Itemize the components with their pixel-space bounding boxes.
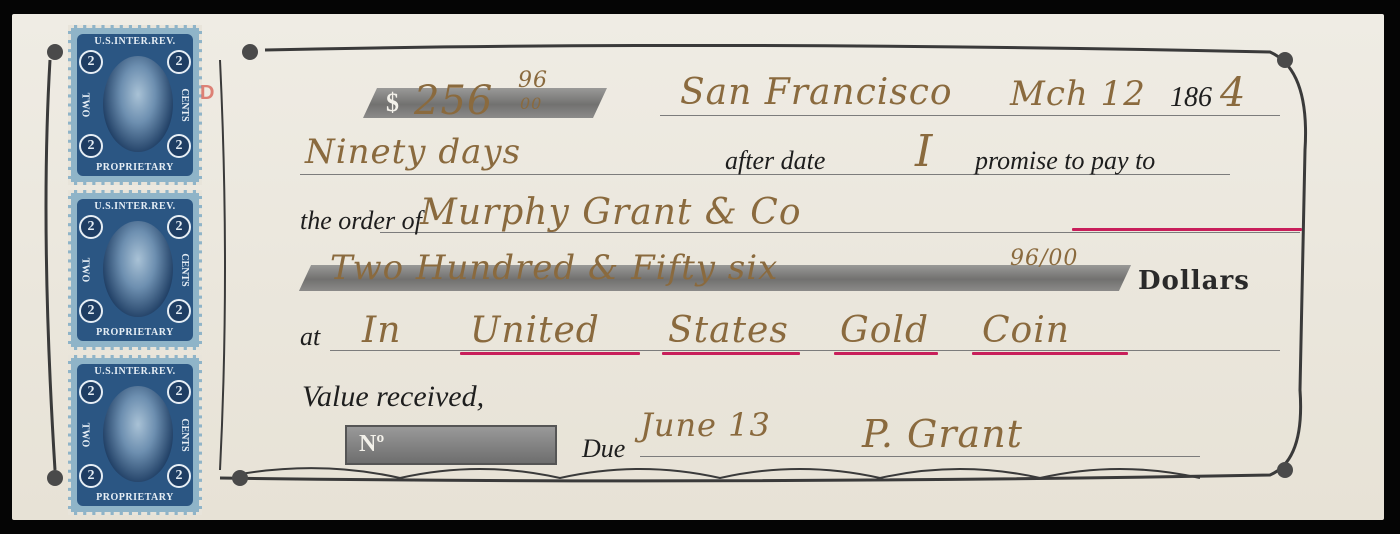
stamp-denomination: 2 (79, 464, 103, 488)
printed-after-date: after date (725, 146, 825, 176)
amount-written-cents: 96/00 (1010, 246, 1078, 271)
stamp-side-text: TWO (80, 93, 91, 117)
stamp-bottom-text: PROPRIETARY (77, 162, 193, 173)
stamp-denomination: 2 (79, 215, 103, 239)
payment-word: Coin (982, 310, 1070, 351)
payment-word: In (362, 310, 401, 351)
red-underline (972, 352, 1128, 355)
amount-numeric: 256 (414, 78, 493, 124)
printed-order-of: the order of (300, 206, 422, 236)
stamp-top-text: U.S.INTER.REV. (77, 201, 193, 212)
payee: Murphy Grant & Co (420, 192, 802, 233)
due-date: June 13 (640, 406, 771, 444)
stamp-side-text: CENTS (179, 253, 190, 286)
washington-portrait-icon (103, 221, 173, 317)
stamp-side-text: CENTS (179, 88, 190, 121)
stamp-bottom-text: PROPRIETARY (77, 327, 193, 338)
stamp-side-text: TWO (80, 423, 91, 447)
stamp-denomination: 2 (79, 380, 103, 404)
stamp-denomination: 2 (167, 215, 191, 239)
stamp-top-text: U.S.INTER.REV. (77, 36, 193, 47)
amount-cents-denominator: 00 (520, 94, 542, 113)
year-printed: 186 (1170, 82, 1212, 114)
stamp-denomination: 2 (79, 134, 103, 158)
dollar-sign: $ (386, 88, 399, 118)
date-line (660, 115, 1280, 116)
payment-word: Gold (840, 310, 929, 351)
stamp-denomination: 2 (167, 50, 191, 74)
washington-portrait-icon (103, 386, 173, 482)
amount-cents: 96 (518, 68, 548, 93)
stamp-denomination: 2 (167, 299, 191, 323)
place: San Francisco (680, 72, 953, 113)
note-number-box: Nº (345, 425, 557, 465)
stamp-side-text: TWO (80, 258, 91, 282)
printed-no: Nº (359, 431, 384, 458)
signature-line (640, 456, 1200, 457)
stamp-denomination: 2 (167, 464, 191, 488)
stamp-top-text: U.S.INTER.REV. (77, 366, 193, 377)
stamp-denomination: 2 (167, 134, 191, 158)
printed-at: at (300, 322, 320, 352)
term: Ninety days (305, 132, 521, 172)
year-handwritten: 4 (1220, 70, 1246, 116)
printed-promise: promise to pay to (975, 146, 1155, 176)
stamp-bottom-text: PROPRIETARY (77, 492, 193, 503)
amount-written: Two Hundred & Fifty six (330, 248, 778, 288)
red-cancel-mark: D (200, 82, 214, 105)
printed-due: Due (582, 434, 625, 464)
red-underline (662, 352, 800, 355)
printed-value-received: Value received, (302, 380, 484, 414)
revenue-stamp: U.S.INTER.REV. 2 2 2 2 TWO CENTS PROPRIE… (68, 190, 202, 350)
red-underline (460, 352, 640, 355)
stamp-denomination: 2 (79, 299, 103, 323)
red-underline (834, 352, 938, 355)
red-underline (1072, 228, 1302, 231)
revenue-stamp: U.S.INTER.REV. 2 2 2 2 TWO CENTS PROPRIE… (68, 355, 202, 515)
stamp-side-text: CENTS (179, 418, 190, 451)
signature: P. Grant (862, 412, 1023, 456)
payment-word: United (470, 310, 600, 351)
revenue-stamp: U.S.INTER.REV. 2 2 2 2 TWO CENTS PROPRIE… (68, 25, 202, 185)
printed-dollars: Dollars (1138, 266, 1250, 296)
washington-portrait-icon (103, 56, 173, 152)
pronoun: I (915, 126, 933, 177)
stamp-denomination: 2 (167, 380, 191, 404)
payment-word: States (668, 310, 789, 351)
date-month-day: Mch 12 (1010, 74, 1146, 114)
stamp-denomination: 2 (79, 50, 103, 74)
